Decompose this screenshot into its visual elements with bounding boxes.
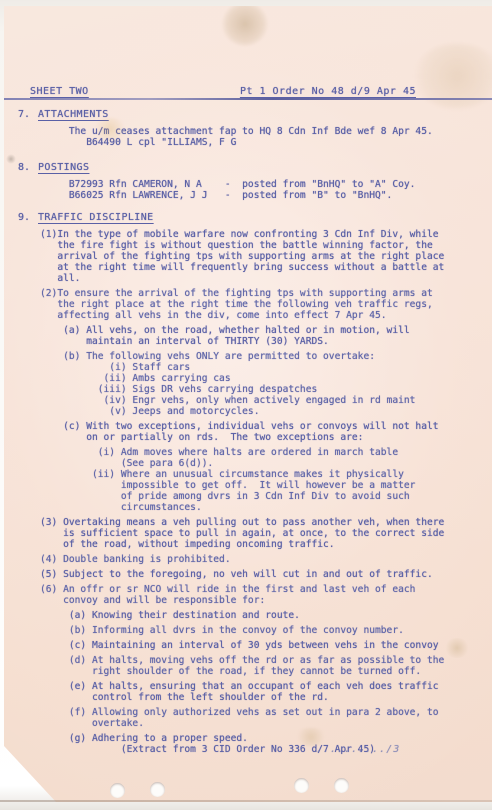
section-heading: 7.ATTACHMENTS — [18, 109, 492, 120]
paragraph: (3) Overtaking means a veh pulling out t… — [40, 517, 492, 550]
paragraph: (1)In the type of mobile warfare now con… — [40, 229, 492, 284]
punch-hole — [334, 778, 349, 793]
page-continuation-mark: ........../3 — [316, 744, 400, 755]
section-body: The u/m ceases attachment fap to HQ 8 Cd… — [40, 126, 492, 148]
header-rule — [0, 98, 492, 100]
section-title: ATTACHMENTS — [38, 109, 109, 120]
paragraph: (6) An offr or sr NCO will ride in the f… — [40, 584, 492, 606]
paragraph: B72993 Rfn CAMERON, N A - posted from "B… — [40, 179, 492, 201]
punch-hole — [150, 782, 165, 797]
section-traffic-discipline: 9.TRAFFIC DISCIPLINE(1)In the type of mo… — [18, 212, 492, 755]
document-page: SHEET TWO Pt 1 Order No 48 d/9 Apr 45 7.… — [4, 6, 492, 802]
paragraph: (e) At halts, ensuring that an occupant … — [40, 681, 492, 703]
sheet-label: SHEET TWO — [30, 86, 89, 98]
document-body: 7.ATTACHMENTS The u/m ceases attachment … — [18, 109, 492, 755]
paragraph: (d) At halts, moving vehs off the rd or … — [40, 655, 492, 677]
paper-stain — [222, 2, 268, 46]
paragraph: (f) Allowing only authorized vehs as set… — [40, 707, 492, 729]
paper-stain — [6, 154, 16, 164]
section-heading: 9.TRAFFIC DISCIPLINE — [18, 212, 492, 223]
section-body: B72993 Rfn CAMERON, N A - posted from "B… — [40, 179, 492, 201]
paragraph: (i) Adm moves where halts are ordered in… — [40, 447, 492, 513]
section-number: 7. — [18, 109, 38, 120]
section-number: 8. — [18, 162, 38, 173]
punch-hole — [294, 778, 309, 793]
page-header: SHEET TWO Pt 1 Order No 48 d/9 Apr 45 — [18, 86, 492, 98]
paragraph: (c) Maintaining an interval of 30 yds be… — [40, 640, 492, 651]
section-title: TRAFFIC DISCIPLINE — [38, 212, 154, 223]
paragraph: (c) With two exceptions, individual vehs… — [40, 421, 492, 443]
paragraph: (b) The following vehs ONLY are permitte… — [40, 351, 492, 417]
paper-bottom-edge — [0, 800, 492, 802]
paragraph: The u/m ceases attachment fap to HQ 8 Cd… — [40, 126, 492, 148]
section-body: (1)In the type of mobile warfare now con… — [40, 229, 492, 755]
paragraph: (g) Adhering to a proper speed. (Extract… — [40, 733, 492, 755]
section-attachments: 7.ATTACHMENTS The u/m ceases attachment … — [18, 109, 492, 148]
order-reference: Pt 1 Order No 48 d/9 Apr 45 — [240, 86, 416, 98]
punch-hole — [110, 783, 125, 798]
paragraph: (4) Double banking is prohibited. — [40, 554, 492, 565]
paragraph: (2)To ensure the arrival of the fighting… — [40, 288, 492, 321]
paragraph: (5) Subject to the foregoing, no veh wil… — [40, 569, 492, 580]
section-number: 9. — [18, 212, 38, 223]
section-postings: 8.POSTINGS B72993 Rfn CAMERON, N A - pos… — [18, 162, 492, 201]
paragraph: (b) Informing all dvrs in the convoy of … — [40, 625, 492, 636]
paragraph: (a) Knowing their destination and route. — [40, 610, 492, 621]
section-title: POSTINGS — [38, 162, 89, 173]
paragraph: (a) All vehs, on the road, whether halte… — [40, 325, 492, 347]
scan-background: SHEET TWO Pt 1 Order No 48 d/9 Apr 45 7.… — [0, 0, 492, 810]
section-heading: 8.POSTINGS — [18, 162, 492, 173]
